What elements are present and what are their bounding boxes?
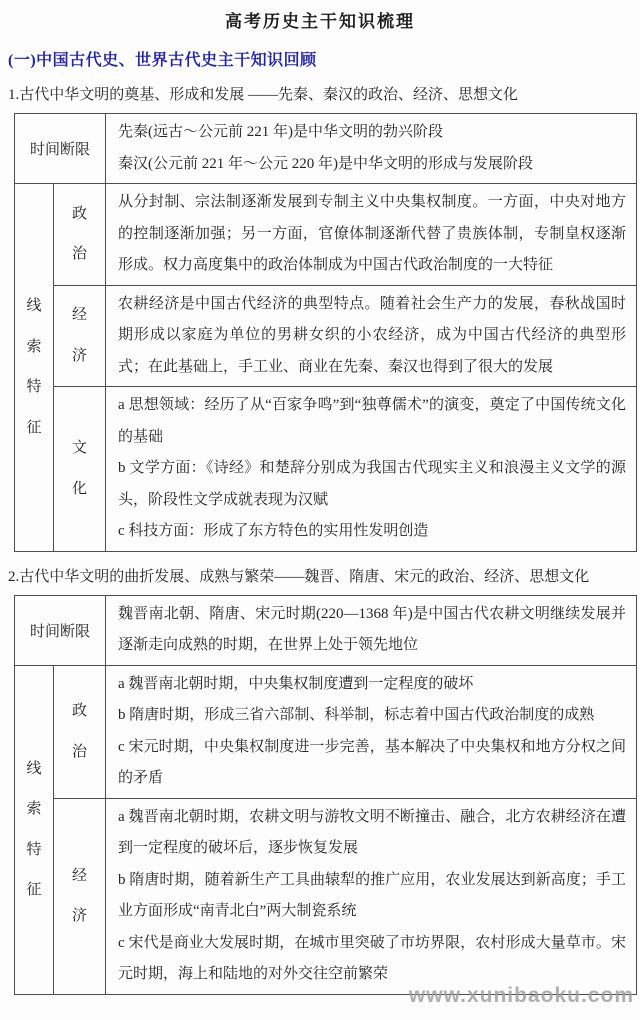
politics-cell: 从分封制、宗法制逐渐发展到专制主义中央集权制度。一方面，中央对地方的控制逐渐加强… — [106, 184, 637, 286]
cell-line: 秦汉(公元前 221 年～公元 220 年)是中华文明的形成与发展阶段 — [118, 149, 626, 181]
politics-cell: a 魏晋南北朝时期，中央集权制度遭到一定程度的破坏 b 隋唐时期，形成三省六部制… — [106, 665, 637, 798]
cell-line: a 魏晋南北朝时期，中央集权制度遭到一定程度的破坏 — [118, 669, 626, 701]
cell-line: 魏晋南北朝、隋唐、宋元时期(220—1368 年)是中国古代农耕文明继续发展并逐… — [118, 599, 626, 662]
cell-line: b 隋唐时期，随着新生产工具曲辕犁的推广应用，农业发展达到新高度；手工业方面形成… — [118, 865, 626, 928]
economy-label: 经济 — [54, 798, 106, 994]
clue-features-vertical-text: 线索特征 — [26, 286, 43, 448]
topic-1-title: 1.古代中华文明的奠基、形成和发展 ——先秦、秦汉的政治、经济、思想文化 — [8, 83, 632, 104]
time-period-label: 时间断限 — [15, 114, 106, 184]
topic-1-table: 时间断限 先秦(远古～公元前 221 年)是中华文明的勃兴阶段 秦汉(公元前 2… — [14, 113, 637, 552]
cell-line: 先秦(远古～公元前 221 年)是中华文明的勃兴阶段 — [118, 117, 626, 149]
cell-line: b 文学方面：《诗经》和楚辞分别成为我国古代现实主义和浪漫主义文学的源头，阶段性… — [118, 453, 626, 516]
economy-vertical-text: 经济 — [71, 856, 88, 937]
politics-label: 政治 — [54, 184, 106, 286]
cell-line: 农耕经济是中国古代经济的典型特点。随着社会生产力的发展，春秋战国时期形成以家庭为… — [118, 289, 626, 384]
table-row-politics: 线索特征 政治 从分封制、宗法制逐渐发展到专制主义中央集权制度。一方面，中央对地… — [15, 184, 637, 286]
time-period-cell: 先秦(远古～公元前 221 年)是中华文明的勃兴阶段 秦汉(公元前 221 年～… — [106, 114, 637, 184]
politics-label: 政治 — [54, 665, 106, 798]
document-page: 高考历史主干知识梳理 (一)中国古代史、世界古代史主干知识回顾 1.古代中华文明… — [0, 0, 640, 1020]
document-title: 高考历史主干知识梳理 — [0, 0, 640, 32]
table-row-culture: 文化 a 思想领域：经历了从“百家争鸣”到“独尊儒术”的演变，奠定了中国传统文化… — [15, 387, 637, 552]
cell-line: c 宋代是商业大发展时期，在城市里突破了市坊界限，农村形成大量草市。宋元时期，海… — [118, 928, 626, 991]
economy-vertical-text: 经济 — [71, 295, 88, 376]
site-watermark: www.xunibaoku.com — [409, 984, 634, 1008]
culture-label: 文化 — [54, 387, 106, 552]
table-row-economy: 经济 a 魏晋南北朝时期，农耕文明与游牧文明不断撞击、融合，北方农耕经济在遭到一… — [15, 798, 637, 994]
table-row-politics: 线索特征 政治 a 魏晋南北朝时期，中央集权制度遭到一定程度的破坏 b 隋唐时期… — [15, 665, 637, 798]
cell-line: 从分封制、宗法制逐渐发展到专制主义中央集权制度。一方面，中央对地方的控制逐渐加强… — [118, 187, 626, 282]
cell-line: a 魏晋南北朝时期，农耕文明与游牧文明不断撞击、融合，北方农耕经济在遭到一定程度… — [118, 802, 626, 865]
politics-vertical-text: 政治 — [71, 194, 88, 275]
clue-features-label: 线索特征 — [15, 184, 54, 552]
culture-cell: a 思想领域：经历了从“百家争鸣”到“独尊儒术”的演变，奠定了中国传统文化的基础… — [106, 387, 637, 552]
cell-line: c 宋元时期，中央集权制度进一步完善，基本解决了中央集权和地方分权之间的矛盾 — [118, 732, 626, 795]
economy-cell: a 魏晋南北朝时期，农耕文明与游牧文明不断撞击、融合，北方农耕经济在遭到一定程度… — [106, 798, 637, 994]
time-period-cell: 魏晋南北朝、隋唐、宋元时期(220—1368 年)是中国古代农耕文明继续发展并逐… — [106, 595, 637, 665]
topic-2-title: 2.古代中华文明的曲折发展、成熟与繁荣——魏晋、隋唐、宋元的政治、经济、思想文化 — [8, 565, 632, 586]
economy-cell: 农耕经济是中国古代经济的典型特点。随着社会生产力的发展，春秋战国时期形成以家庭为… — [106, 285, 637, 387]
politics-vertical-text: 政治 — [71, 691, 88, 772]
part-one-heading: (一)中国古代史、世界古代史主干知识回顾 — [8, 47, 640, 70]
economy-label: 经济 — [54, 285, 106, 387]
cell-line: c 科技方面：形成了东方特色的实用性发明创造 — [118, 516, 626, 548]
clue-features-label: 线索特征 — [15, 665, 54, 994]
clue-features-vertical-text: 线索特征 — [26, 749, 43, 911]
table-row-time-period: 时间断限 魏晋南北朝、隋唐、宋元时期(220—1368 年)是中国古代农耕文明继… — [15, 595, 637, 665]
cell-line: b 隋唐时期，形成三省六部制、科举制，标志着中国古代政治制度的成熟 — [118, 700, 626, 732]
time-period-label: 时间断限 — [15, 595, 106, 665]
table-row-economy: 经济 农耕经济是中国古代经济的典型特点。随着社会生产力的发展，春秋战国时期形成以… — [15, 285, 637, 387]
topic-2-table: 时间断限 魏晋南北朝、隋唐、宋元时期(220—1368 年)是中国古代农耕文明继… — [14, 595, 637, 995]
culture-vertical-text: 文化 — [71, 428, 88, 509]
cell-line: a 思想领域：经历了从“百家争鸣”到“独尊儒术”的演变，奠定了中国传统文化的基础 — [118, 390, 626, 453]
table-row-time-period: 时间断限 先秦(远古～公元前 221 年)是中华文明的勃兴阶段 秦汉(公元前 2… — [15, 114, 637, 184]
